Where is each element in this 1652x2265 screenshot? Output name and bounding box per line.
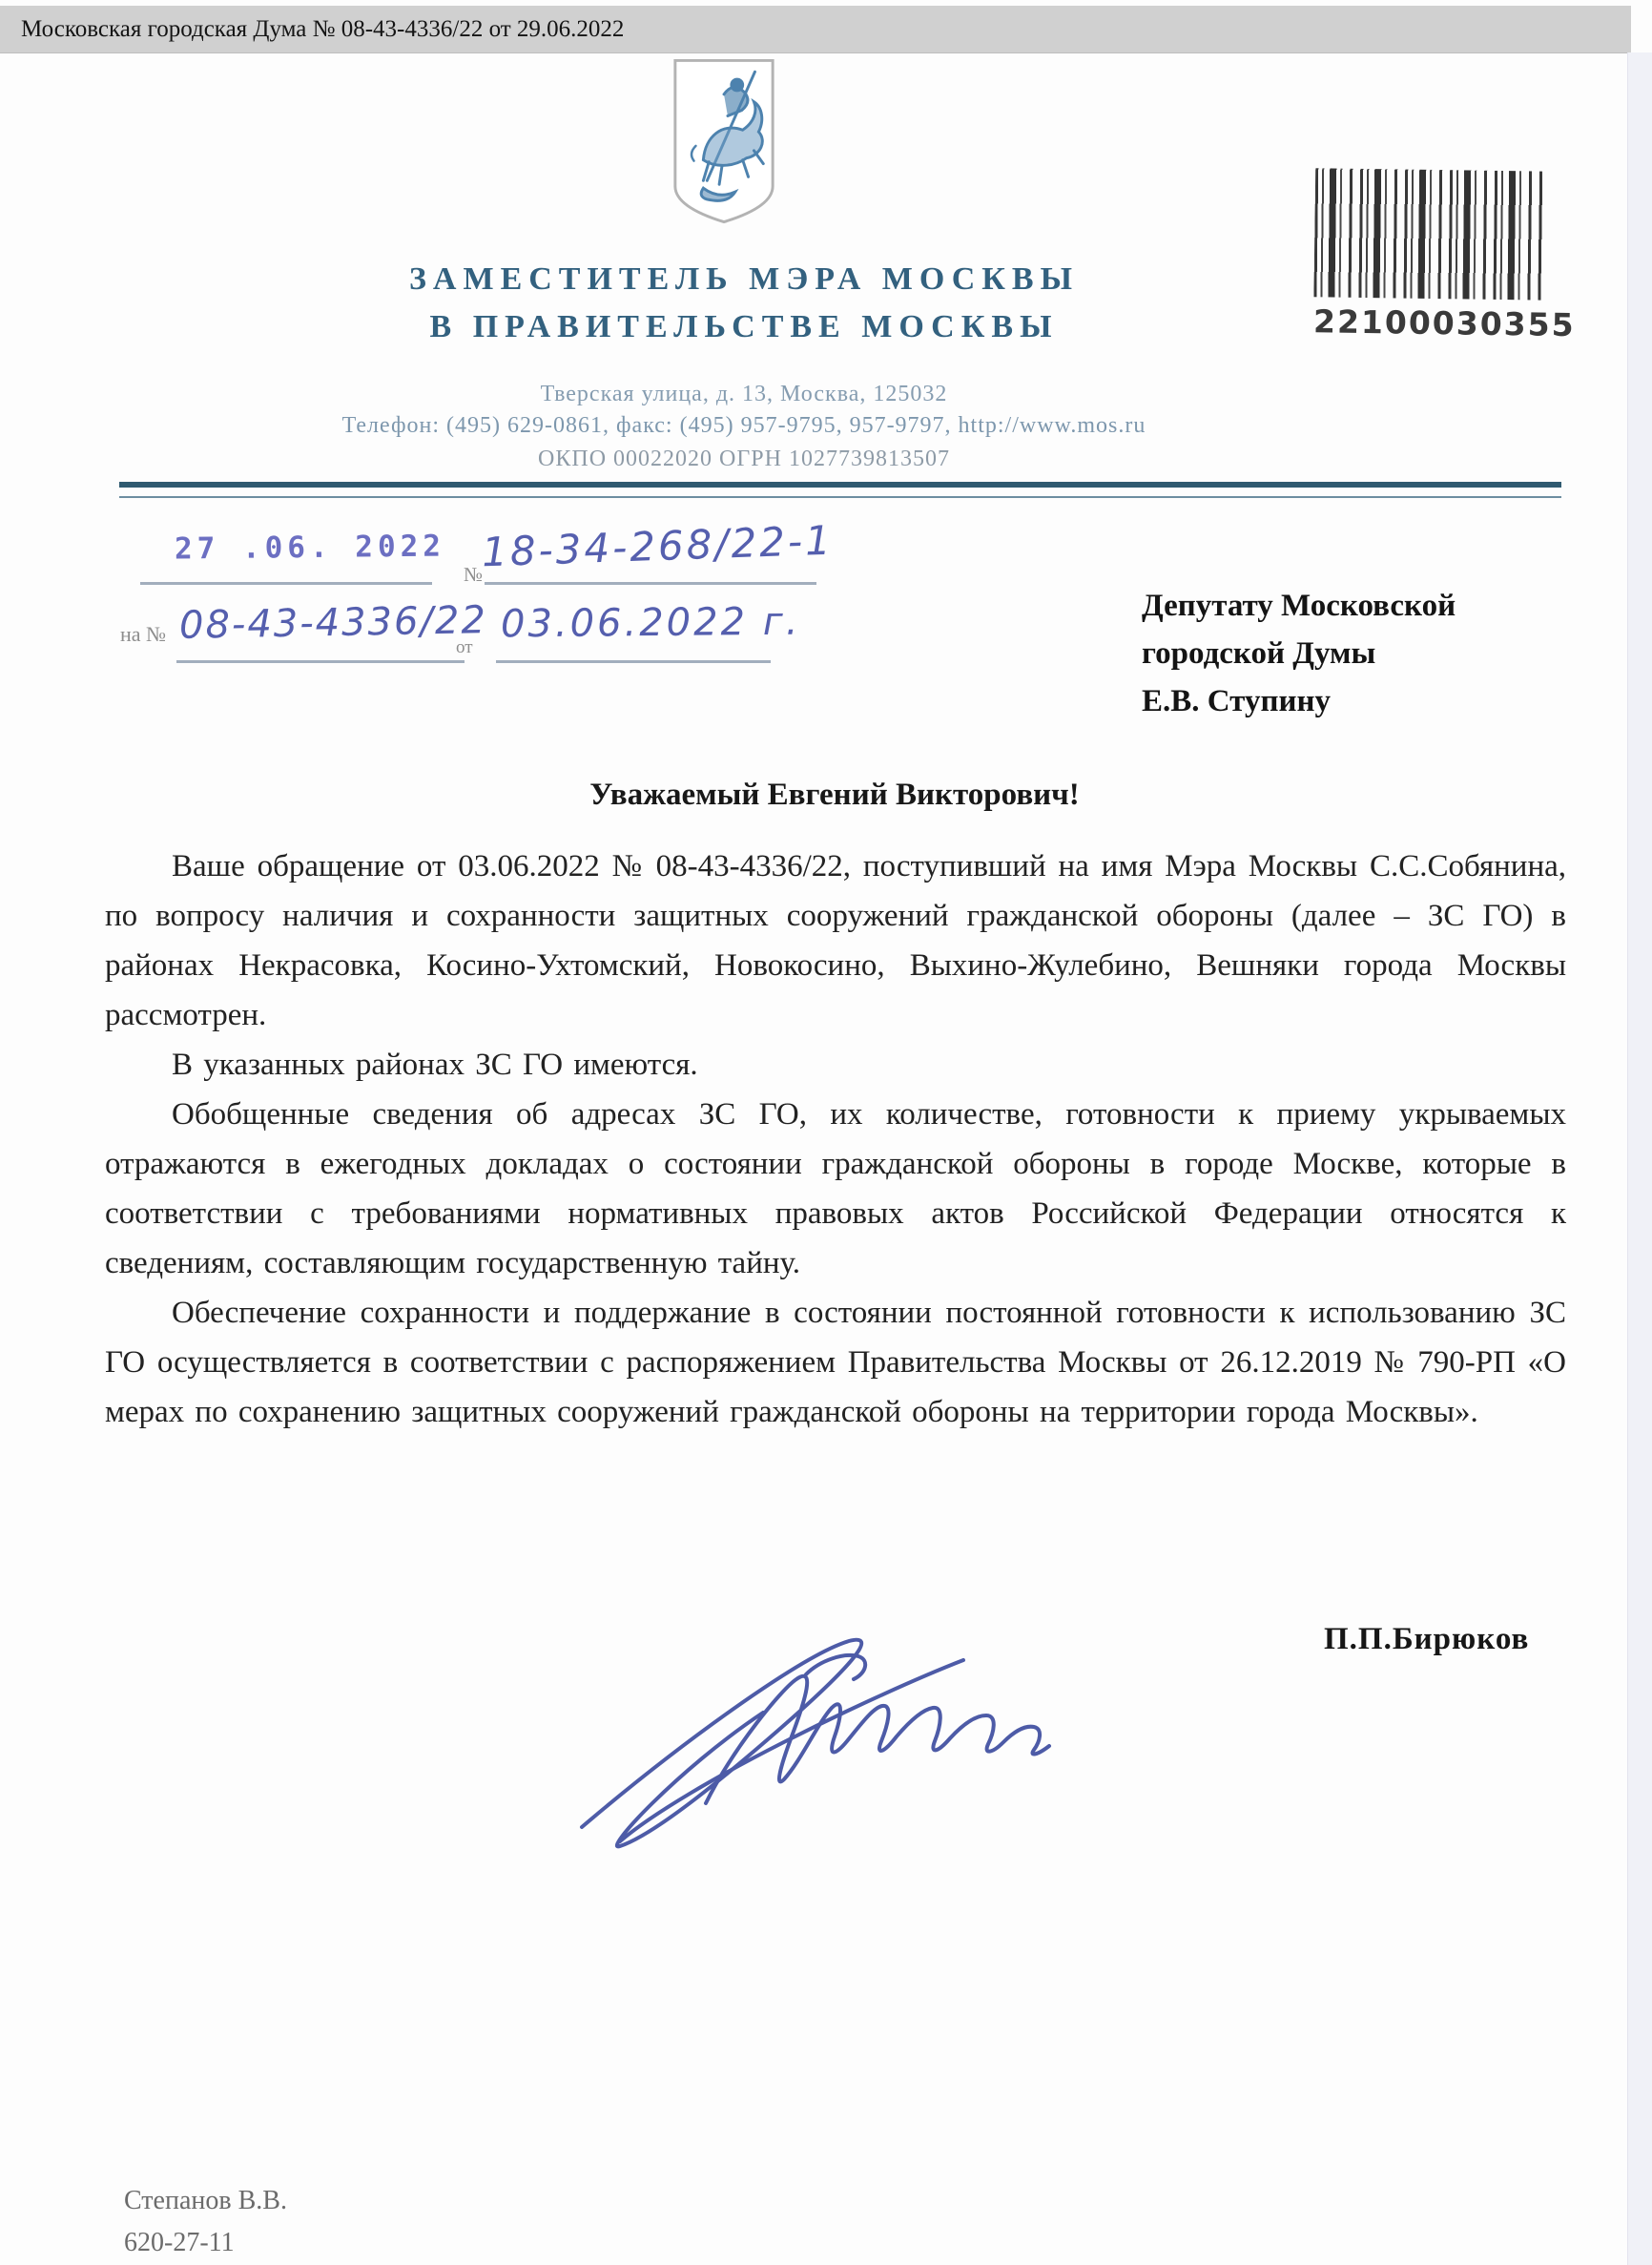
body-paragraph: Обобщенные сведения об адресах ЗС ГО, их… <box>105 1090 1566 1288</box>
executor-block: Степанов В.В. 620-27-11 <box>124 2180 287 2264</box>
letterhead-divider-thin <box>119 496 1561 498</box>
moscow-coat-of-arms-icon <box>668 55 780 227</box>
requisite-underline <box>485 582 816 585</box>
body-paragraph: Ваше обращение от 03.06.2022 № 08-43-433… <box>105 842 1566 1040</box>
letterhead-divider-thick <box>119 482 1561 488</box>
requisite-underline <box>496 660 771 663</box>
recipient-block: Депутату Московской городской Думы Е.В. … <box>1142 582 1580 725</box>
letterhead-contacts: Телефон: (495) 629-0861, факс: (495) 957… <box>0 413 1488 439</box>
recipient-line2: городской Думы <box>1142 630 1580 677</box>
body-paragraph: В указанных районах ЗС ГО имеются. <box>105 1040 1566 1090</box>
requisite-underline <box>176 660 465 663</box>
signature-autograph-icon <box>563 1603 1116 1870</box>
letterhead-title-line2: В ПРАВИТЕЛЬСТВЕ МОСКВЫ <box>0 303 1488 351</box>
letter-page: Московская городская Дума № 08-43-4336/2… <box>0 0 1652 2265</box>
page-edge-strip <box>1627 52 1652 2265</box>
reply-to-label: на № <box>120 622 166 647</box>
outgoing-number-handwritten: 18-34-268/22-1 <box>481 517 834 576</box>
registration-date-stamp: 27 .06. 2022 <box>175 530 445 567</box>
recipient-line1: Депутату Московской <box>1142 582 1580 630</box>
body-paragraph: Обеспечение сохранности и поддержание в … <box>105 1288 1566 1437</box>
incoming-date-handwritten: 03.06.2022 г. <box>501 600 801 647</box>
letterhead-title: ЗАМЕСТИТЕЛЬ МЭРА МОСКВЫ В ПРАВИТЕЛЬСТВЕ … <box>0 256 1488 351</box>
incoming-number-handwritten: 08-43-4336/22 <box>179 598 488 648</box>
executor-phone: 620-27-11 <box>124 2222 287 2264</box>
salutation: Уважаемый Евгений Викторович! <box>105 778 1564 813</box>
barcode-bars-icon <box>1313 168 1544 300</box>
letterhead-address: Тверская улица, д. 13, Москва, 125032 <box>0 382 1488 407</box>
from-date-label: от <box>456 637 473 658</box>
signer-name: П.П.Бирюков <box>1324 1622 1529 1657</box>
letterhead-title-line1: ЗАМЕСТИТЕЛЬ МЭРА МОСКВЫ <box>0 256 1488 303</box>
letter-body: Ваше обращение от 03.06.2022 № 08-43-433… <box>105 842 1566 1437</box>
number-sign-label: № <box>464 563 483 587</box>
barcode-number: 22100030355 <box>1313 302 1551 343</box>
letterhead-codes: ОКПО 00022020 ОГРН 1027739813507 <box>0 447 1488 472</box>
document-header-bar: Московская городская Дума № 08-43-4336/2… <box>0 6 1631 53</box>
requisite-underline <box>140 582 432 585</box>
executor-name: Степанов В.В. <box>124 2180 287 2222</box>
document-reference-title: Московская городская Дума № 08-43-4336/2… <box>0 16 624 43</box>
recipient-line3: Е.В. Ступину <box>1142 677 1580 725</box>
barcode: 22100030355 <box>1313 168 1552 343</box>
